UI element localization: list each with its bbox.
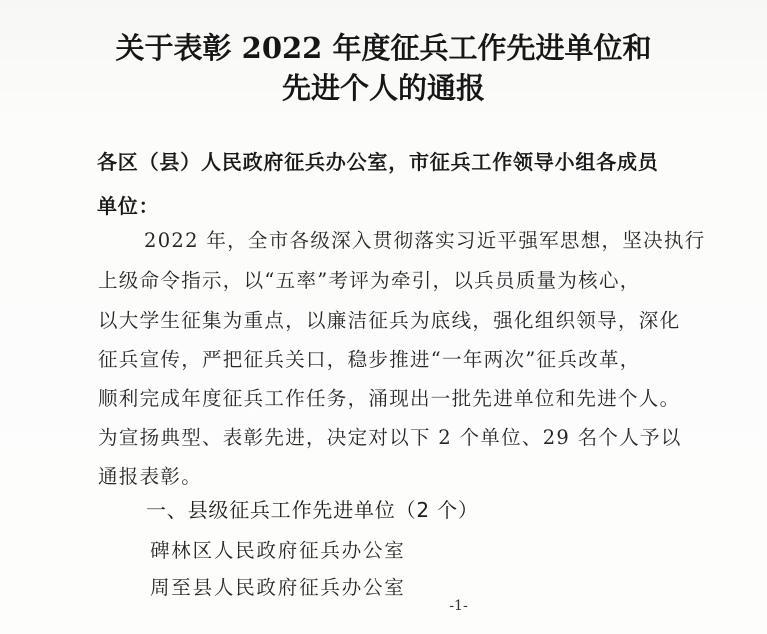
addressee-line-1: 各区（县）人民政府征兵办公室，市征兵工作领导小组各成员: [97, 146, 659, 175]
body-paragraph-line: 通报表彰。: [98, 461, 202, 489]
body-paragraph-line: 上级命令指示，以“五率”考评为牵引，以兵员质量为核心，: [98, 265, 641, 293]
body-paragraph-line: 为宣扬典型、表彰先进，决定对以下 2 个单位、29 名个人予以: [98, 422, 682, 450]
section-heading-advanced-units: 一、县级征兵工作先进单位（2 个）: [146, 494, 479, 523]
body-paragraph-line: 顺利完成年度征兵工作任务，涌现出一批先进单位和先进个人。: [98, 383, 680, 411]
addressee-line-2: 单位：: [97, 190, 159, 219]
body-paragraph-line: 征兵宣传，严把征兵关口，稳步推进“一年两次”征兵改革，: [98, 344, 641, 372]
advanced-unit-item: 碑林区人民政府征兵办公室: [150, 535, 406, 563]
document-title-line-1: 关于表彰 2022 年度征兵工作先进单位和: [0, 26, 767, 67]
advanced-unit-item: 周至县人民政府征兵办公室: [150, 572, 406, 600]
body-paragraph-line: 以大学生征集为重点，以廉洁征兵为底线，强化组织领导，深化: [98, 305, 680, 333]
document-title-line-2: 先进个人的通报: [0, 66, 767, 107]
page-number: -1-: [0, 598, 767, 614]
body-paragraph-line: 2022 年，全市各级深入贯彻落实习近平强军思想，坚决执行: [144, 225, 706, 253]
document-page: 关于表彰 2022 年度征兵工作先进单位和 先进个人的通报 各区（县）人民政府征…: [0, 0, 767, 634]
